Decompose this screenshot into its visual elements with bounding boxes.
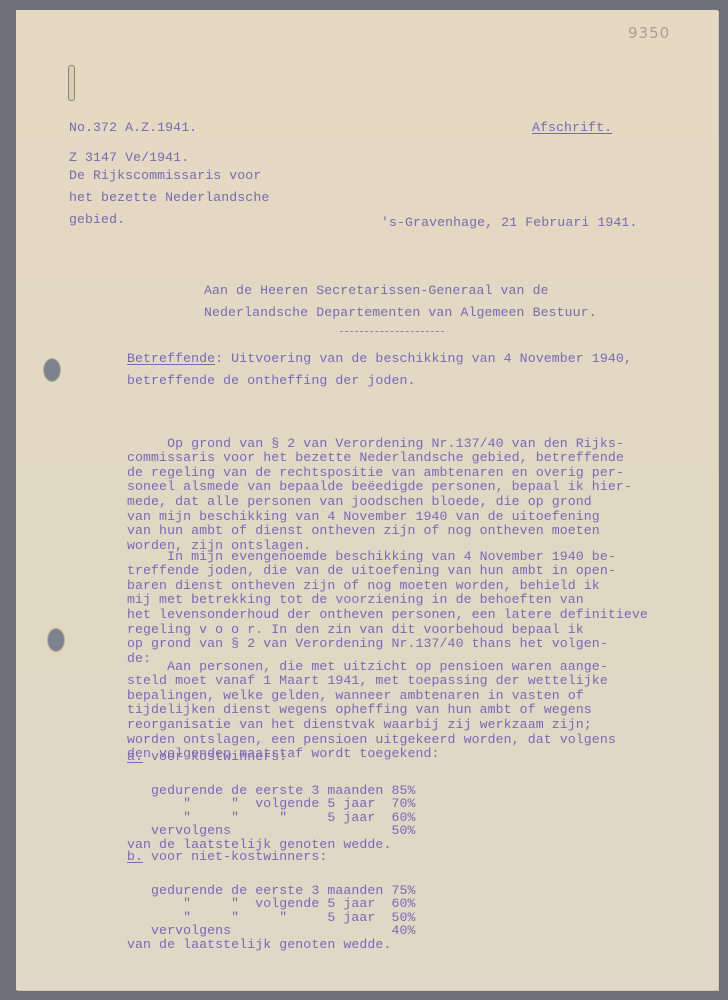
sender-line-1: De Rijkscommissaris voor <box>69 169 261 184</box>
punch-hole-icon <box>43 358 61 382</box>
sender-line-3: gebied. <box>69 213 125 228</box>
section-b-table: gedurende de eerste 3 maanden 75% " " vo… <box>127 870 416 965</box>
section-b-title: b. voor niet-kostwinners: <box>127 850 327 865</box>
subject-label: Betreffende <box>127 351 215 366</box>
copy-label: Afschrift. <box>532 121 612 136</box>
section-a-title: a. voor kostwinners: <box>127 750 287 765</box>
divider <box>340 331 444 332</box>
subject-line-1: Betreffende: Uitvoering van de beschikki… <box>127 352 632 367</box>
addressee-line-2: Nederlandsche Departementen van Algemeen… <box>204 306 597 321</box>
sender-line-2: het bezette Nederlandsche <box>69 191 269 206</box>
addressee-line-1: Aan de Heeren Secretarissen-Generaal van… <box>204 284 549 299</box>
archive-number: 9350 <box>628 24 670 42</box>
place-date: 's-Gravenhage, 21 Februari 1941. <box>381 216 637 231</box>
punch-hole-icon <box>47 628 65 652</box>
subject-line-2: betreffende de ontheffing der joden. <box>127 374 416 389</box>
reference-number: No.372 A.Z.1941. <box>69 121 197 136</box>
file-number: Z 3147 Ve/1941. <box>69 151 189 166</box>
staple-icon <box>68 65 75 101</box>
